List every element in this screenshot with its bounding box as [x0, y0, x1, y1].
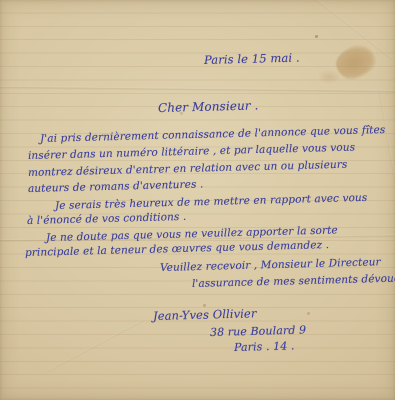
address-line: 38 rue Boulard 9 — [210, 323, 306, 339]
crinkle-crease — [306, 0, 394, 61]
ink-speck — [203, 304, 206, 307]
fold-crease — [0, 86, 395, 93]
letter-photo: Paris le 15 mai . Cher Monsieur . J'ai p… — [0, 0, 395, 400]
closing-line: l'assurance de mes sentiments dévoués . — [192, 272, 395, 290]
handwritten-line: à l'énoncé de vos conditions . — [27, 211, 187, 227]
closing-line: Veuillez recevoir , Monsieur le Directeu… — [160, 256, 381, 274]
paper-stain — [318, 70, 340, 84]
ink-speck — [315, 35, 318, 38]
salutation: Cher Monsieur . — [158, 98, 259, 115]
handwritten-line: montrez désireux d'entrer en relation av… — [28, 159, 348, 179]
paper-stain — [332, 41, 380, 84]
ink-speck — [307, 312, 310, 315]
crinkle-crease — [46, 319, 144, 372]
handwritten-line: Je serais très heureux de me mettre en r… — [55, 192, 368, 212]
crinkle-crease — [379, 92, 395, 211]
signature: Jean-Yves Ollivier — [153, 306, 257, 323]
address-line: Paris . 14 . — [234, 339, 295, 354]
handwritten-line: auteurs de romans d'aventures . — [28, 178, 204, 195]
date-line: Paris le 15 mai . — [204, 50, 300, 67]
